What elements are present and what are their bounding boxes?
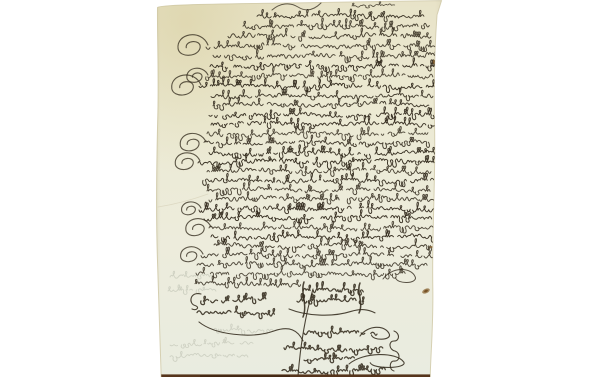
stain-core: [433, 61, 434, 63]
manuscript-scan: [0, 0, 600, 377]
stain-core: [430, 247, 432, 248]
manuscript-page: [0, 0, 600, 377]
scan-background: [0, 0, 600, 377]
